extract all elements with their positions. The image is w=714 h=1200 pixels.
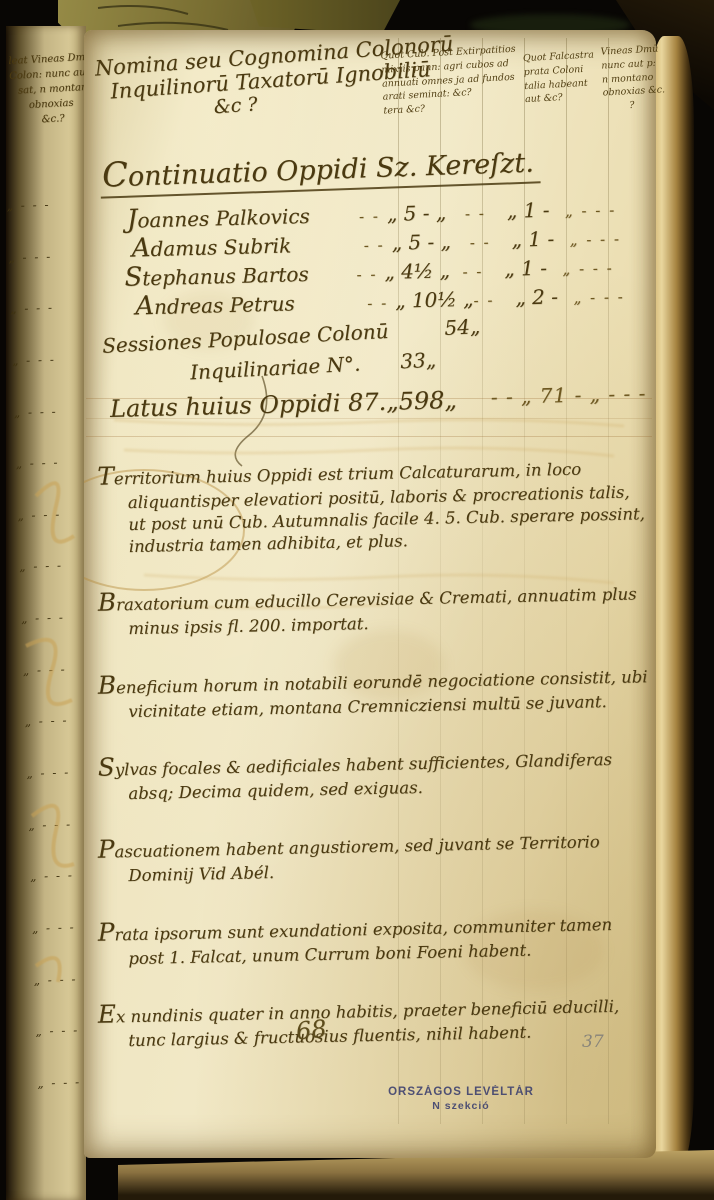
paragraph-pascuationem: Pascuationem habent angustiorem, sed juv… — [97, 822, 648, 889]
ditto-mark: „ - - - — [24, 714, 68, 730]
dash-filler: - - — [462, 262, 504, 281]
paragraph-braxatorium: Braxatorium cum educillo Cerevisiae & Cr… — [97, 575, 648, 642]
dash-filler: „ - - - — [569, 229, 639, 249]
section-title: Continuatio Oppidi Sz. Kereſzt. — [99, 140, 540, 198]
column-header-3: Vineas Dmū nunc aut p: n montano obnoxia… — [600, 42, 664, 114]
summary-line-inquilinariae: Inquilinariae N°. 33„ — [190, 348, 437, 385]
dash-filler: „ - - - — [565, 200, 639, 220]
value-cell: „ 5 - „ — [391, 229, 470, 255]
ruled-line — [86, 436, 652, 437]
roster-table: Joannes Palkovics - - „ 5 - „ - - „ 1 - … — [127, 191, 642, 320]
paragraph-prata: Prata ipsorum sunt exundationi exposita,… — [97, 904, 648, 971]
ditto-mark: „ - - - — [17, 507, 61, 523]
dash-filler: - - — [359, 207, 387, 226]
ditto-mark: „ - - - — [15, 456, 59, 472]
paragraph-sylvas: Sylvas focales & aedificiales habent suf… — [97, 739, 648, 806]
ditto-mark: „ - - - — [19, 559, 63, 575]
folio-number-pencil: 37 — [582, 1032, 604, 1052]
manuscript-scan: leat Vineas Dmū Colon: nunc aut p: sat, … — [0, 0, 714, 1200]
value-cell: „ 1 - — [504, 255, 563, 281]
ditto-mark: „ - - - — [12, 352, 56, 368]
ditto-mark: „ - - - — [26, 765, 70, 781]
dash-filler: „ - - - — [573, 287, 641, 307]
column-header-1: Quot Cub. Post Extirpatitios mixtis pann… — [380, 42, 525, 118]
value-cell: „ 10½ „ — [395, 287, 474, 313]
ditto-mark: „ - - - — [33, 972, 77, 988]
ditto-mark: „ - - - — [35, 1023, 79, 1039]
value-cell: „ 5 - „ — [387, 200, 466, 226]
ditto-mark: „ - - - — [8, 249, 52, 265]
ditto-mark: „ - - - — [10, 301, 54, 317]
ditto-mark: „ - - - — [32, 920, 76, 936]
column-header-line: ? — [629, 97, 664, 113]
description-paragraphs: Territorium huius Oppidi est trium Calca… — [98, 454, 648, 1074]
paragraph-nundinis: Ex nundinis quater in anno habitis, prae… — [97, 986, 648, 1053]
margin-ditto-marks: „ - - - „ - - - „ - - - „ - - - „ - - - … — [6, 198, 81, 1091]
summary-label: Inquilinariae N°. — [190, 352, 361, 385]
dash-filler: - - — [363, 236, 391, 255]
stamp-line-1: ORSZÁGOS LEVÉLTÁR — [378, 1086, 544, 1098]
ditto-mark: „ - - - — [21, 610, 65, 626]
margin-fragment: &c.? — [41, 110, 88, 127]
dash-filler: - - — [367, 294, 395, 313]
latus-tail: - - „ 71 - „ - - - — [490, 381, 646, 413]
ditto-mark: „ - - - — [23, 662, 67, 678]
column-header-line: aut &c? — [525, 89, 606, 107]
column-header-2: Quot Falcastra prata Coloni talia habean… — [523, 48, 606, 107]
dash-filler: „ - - - — [562, 258, 640, 278]
ditto-mark: „ - - - — [30, 868, 74, 884]
archive-stamp: ORSZÁGOS LEVÉLTÁR N szekció — [378, 1086, 544, 1112]
colonist-name: Andreas Petrus — [135, 285, 368, 321]
dash-filler: - - — [356, 265, 384, 284]
value-cell: „ 2 - — [515, 284, 574, 310]
value-cell: „ 1 - — [511, 226, 570, 252]
value-cell: „ 1 - — [507, 197, 566, 223]
summary-value: 33„ — [400, 348, 437, 374]
paragraph-beneficium: Beneficium horum in notabili eorundē neg… — [97, 657, 648, 724]
stamp-line-2: N szekció — [378, 1100, 544, 1112]
manuscript-page: Nomina seu Cognomina Colonorū Inquilinor… — [84, 30, 656, 1158]
summary-value: 54„ — [444, 314, 481, 340]
dash-filler: - - — [473, 291, 515, 310]
margin-text-fragments: leat Vineas Dmū Colon: nunc aut p: sat, … — [8, 50, 88, 129]
value-cell: „ 4½ „ — [384, 258, 463, 284]
ditto-mark: „ - - - — [6, 198, 50, 214]
paragraph-territorium: Territorium huius Oppidi est trium Calca… — [97, 448, 649, 559]
ditto-mark: „ - - - — [28, 817, 72, 833]
dash-filler: - - — [469, 233, 511, 252]
ditto-mark: „ - - - — [37, 1075, 81, 1091]
ditto-mark: „ - - - — [14, 404, 58, 420]
dash-filler: - - — [465, 204, 507, 223]
page-number-ink: 68 — [295, 1014, 328, 1045]
previous-page-edge: leat Vineas Dmū Colon: nunc aut p: sat, … — [6, 26, 86, 1200]
